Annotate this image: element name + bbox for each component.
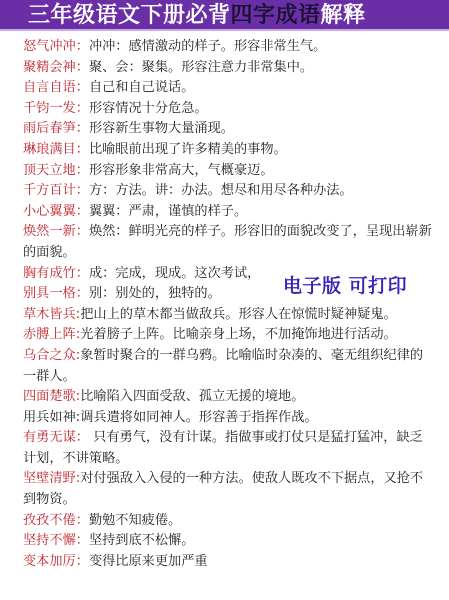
idiom-definition: 比喻眼前出现了许多精美的事物。 [89,142,287,157]
idiom-entry: 坚持不懈：坚持到底不松懈。 [23,531,433,552]
title-banner: 三年级语文下册必背四字成语解释 [0,0,449,31]
idiom-separator: ： [76,430,89,445]
idiom-term: 琳琅满目 [23,142,76,157]
idiom-entry: 坚壁清野:对付强敌入入侵的一种方法。使敌人既攻不下据点，又抢不到物资。 [23,469,433,510]
idiom-entry: 小心翼翼：翼翼：严肃，谨慎的样子。 [23,202,433,223]
idiom-definition: 冲冲：感情激动的样子。形容非常生气。 [89,39,326,54]
title-part-3: 解释 [321,3,366,28]
idiom-entry: 孜孜不倦：勤勉不知疲倦。 [23,511,433,532]
idiom-term: 顶天立地 [23,163,76,178]
idiom-separator: ： [76,204,89,219]
idiom-separator: ： [76,266,89,281]
idiom-separator: ： [76,163,89,178]
idiom-entry: 千钧一发：形容情况十分危急。 [23,99,433,120]
idiom-separator: ： [76,60,89,75]
idiom-definition: 方：方法。讲：办法。想尽和用尽各种办法。 [89,183,353,198]
idiom-term: 怒气冲冲 [23,39,76,54]
idiom-entry: 焕然一新：焕然：鲜明光亮的样子。形容旧的面貌改变了，呈现出崭新的面貌。 [23,222,433,263]
idiom-entry: 怒气冲冲：冲冲：感情激动的样子。形容非常生气。 [23,37,433,58]
idiom-separator: ： [76,554,89,569]
idiom-list: 怒气冲冲：冲冲：感情激动的样子。形容非常生气。 聚精会神：聚、会：聚集。形容注意… [23,37,433,572]
idiom-entry: 有勇无谋： 只有勇气，没有计谋。指做事或打仗只是猛打猛冲，缺乏计划，不讲策略。 [23,428,433,469]
idiom-entry: 变本加厉：变得比原来更加严重 [23,552,433,573]
idiom-definition: 勤勉不知疲倦。 [89,513,181,528]
idiom-separator: ： [76,224,89,239]
idiom-entry: 顶天立地：形容形象非常高大，气概豪迈。 [23,161,433,182]
idiom-separator: ： [76,513,89,528]
idiom-separator: ： [76,39,89,54]
idiom-definition: 对付强敌入入侵的一种方法。使敌人既攻不下据点，又抢不到物资。 [23,471,423,507]
idiom-separator: ： [76,142,89,157]
idiom-definition: 自己和自己说话。 [89,80,195,95]
idiom-definition: 形容情况十分危急。 [89,101,208,116]
page-title: 三年级语文下册必背四字成语解释 [28,3,366,29]
idiom-term: 聚精会神 [23,60,76,75]
idiom-term: 焕然一新 [23,224,76,239]
idiom-definition: 成：完成，现成。这次考试， [89,266,260,281]
idiom-term: 千方百计 [23,183,76,198]
idiom-definition: 光着膀子上阵。比喻亲身上场，不加掩饰地进行活动。 [80,327,397,342]
idiom-separator: ： [76,183,89,198]
idiom-entry: 雨后春笋：形容新生事物大量涌现。 [23,119,433,140]
idiom-term: 乌合之众 [23,348,76,363]
idiom-definition: 象暂时聚合的一群乌鸦。比喻临时杂凑的、毫无组织纪律的一群人。 [23,348,423,384]
idiom-definition: 形容形象非常高大，气概豪迈。 [89,163,274,178]
idiom-entry: 乌合之众:象暂时聚合的一群乌鸦。比喻临时杂凑的、毫无组织纪律的一群人。 [23,346,433,387]
idiom-definition: 调兵遣将如同神人。形容善于指挥作战。 [80,410,317,425]
idiom-entry: 草木皆兵:把山上的草木都当做敌兵。形容人在惊慌时疑神疑鬼。 [23,305,433,326]
idiom-term: 胸有成竹 [23,266,76,281]
idiom-term: 草木皆兵 [23,307,76,322]
idiom-definition: 坚持到底不松懈。 [89,533,195,548]
idiom-term: 坚壁清野 [23,471,76,486]
idiom-entry: 用兵如神:调兵遣将如同神人。形容善于指挥作战。 [23,408,433,429]
idiom-definition: 形容新生事物大量涌现。 [89,121,234,136]
idiom-entry: 赤膊上阵:光着膀子上阵。比喻亲身上场，不加掩饰地进行活动。 [23,325,433,346]
idiom-entry: 自言自语：自己和自己说话。 [23,78,433,99]
idiom-definition: 别：别处的，独特的。 [89,286,221,301]
idiom-term: 变本加厉 [23,554,76,569]
idiom-entry: 琳琅满目：比喻眼前出现了许多精美的事物。 [23,140,433,161]
idiom-definition: 翼翼：严肃，谨慎的样子。 [89,204,247,219]
idiom-term: 小心翼翼 [23,204,76,219]
printable-watermark: 电子版 可打印 [283,271,407,298]
idiom-entry: 聚精会神：聚、会：聚集。形容注意力非常集中。 [23,58,433,79]
title-part-1: 三年级语文下册必背 [28,3,231,28]
idiom-term: 雨后春笋 [23,121,76,136]
idiom-term: 用兵如神 [23,410,76,425]
title-part-highlight: 四字成语 [231,3,321,28]
idiom-separator: ： [76,80,89,95]
idiom-separator: ： [76,286,89,301]
idiom-term: 有勇无谋 [23,430,76,445]
idiom-term: 别具一格 [23,286,76,301]
idiom-term: 四面楚歌 [23,389,76,404]
idiom-definition: 比喻陷入四面受敌、孤立无援的境地。 [80,389,304,404]
idiom-definition: 把山上的草木都当做敌兵。形容人在惊慌时疑神疑鬼。 [80,307,397,322]
idiom-entry: 四面楚歌:比喻陷入四面受敌、孤立无援的境地。 [23,387,433,408]
idiom-entry: 千方百计：方：方法。讲：办法。想尽和用尽各种办法。 [23,181,433,202]
idiom-separator: ： [76,533,89,548]
idiom-definition: 聚、会：聚集。形容注意力非常集中。 [89,60,313,75]
idiom-term: 坚持不懈 [23,533,76,548]
idiom-term: 赤膊上阵 [23,327,76,342]
idiom-separator: ： [76,101,89,116]
idiom-separator: ： [76,121,89,136]
idiom-term: 自言自语 [23,80,76,95]
idiom-definition: 变得比原来更加严重 [89,554,208,569]
idiom-term: 孜孜不倦 [23,513,76,528]
idiom-term: 千钧一发 [23,101,76,116]
